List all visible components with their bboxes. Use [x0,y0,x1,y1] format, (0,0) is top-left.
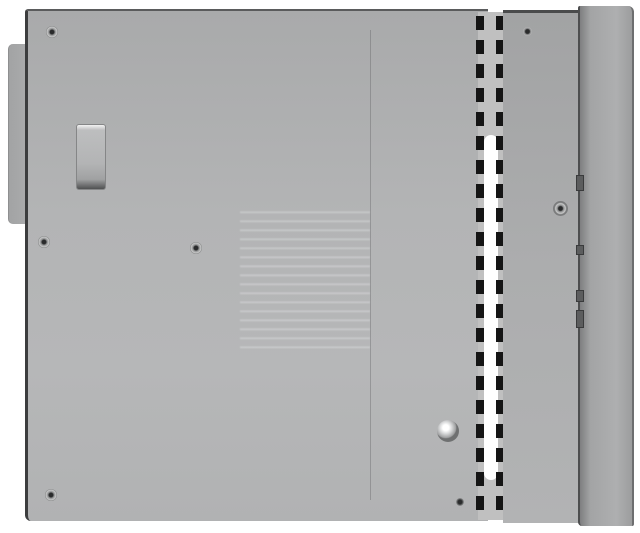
flange-clip [576,290,584,302]
flange-clip [576,245,584,255]
flange-clip [576,175,584,191]
folded-side-flange [578,6,634,526]
screw-center [190,242,202,254]
screw-mid-left [38,236,50,248]
hinge-teeth-left [476,16,484,516]
flange-clip [576,310,584,328]
brushed-scratch-marks [240,205,370,355]
rectangular-switch-tab [76,124,106,190]
large-rivet [437,420,459,442]
metal-panel-photo [0,0,640,533]
screw-top-right [523,27,532,36]
screw-bottom-left [45,489,57,501]
right-metal-panel [503,10,583,523]
panel-seam-line [370,30,371,500]
screw-top-left [46,26,58,38]
screw-right [553,201,568,216]
small-rivet [456,498,464,506]
